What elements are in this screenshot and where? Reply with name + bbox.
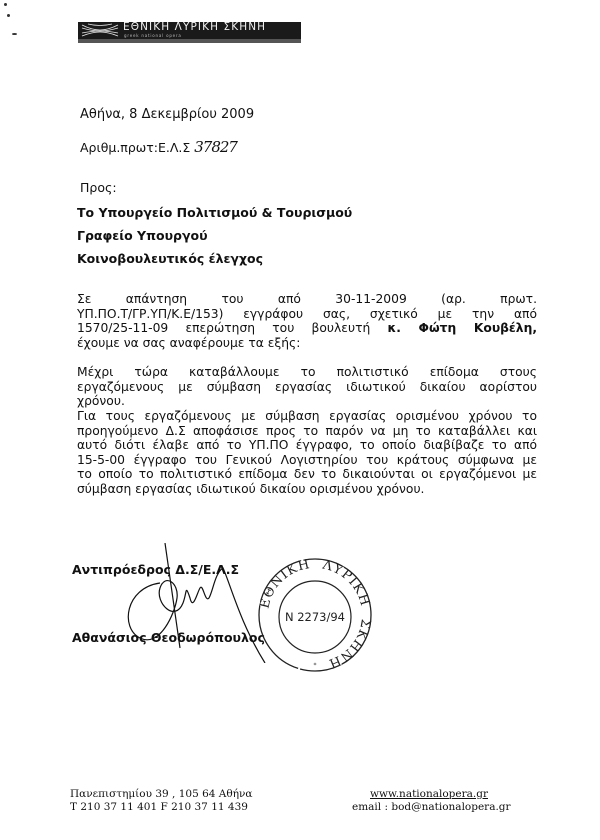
mp-name: κ. Φώτη Κουβέλη, (388, 321, 537, 335)
paragraph-line: σύμβαση εργασίας ιδιωτικού δικαίου ορισμ… (77, 482, 537, 497)
official-stamp-icon: ΕΘΝΙΚΗ ΛΥΡΙΚΗ ΣΚΗΝΗ Ν 2273/94 * (255, 555, 375, 675)
paragraph-line: ΥΠ.ΠΟ.Τ/ΓΡ.ΥΠ/Κ.Ε/153) εγγράφου σας, σχε… (77, 307, 537, 322)
paragraph-line: προηγούμενο Δ.Σ αποφάσισε προς το παρόν … (77, 424, 537, 439)
paragraph-current-payment: Μέχρι τώρα καταβάλλουμε το πολιτιστικό ε… (77, 365, 537, 409)
protocol-label: Αριθμ.πρωτ:Ε.Λ.Σ (80, 140, 190, 155)
stamp-center-number: Ν 2273/94 (285, 610, 345, 624)
paragraph-line: Σε απάντηση του από 30-11-2009 (αρ. πρωτ… (77, 292, 537, 307)
opera-emblem-icon (80, 22, 120, 39)
org-subtitle: greek national opera (124, 33, 182, 38)
recipient-office: Γραφείο Υπουργού (77, 228, 208, 243)
footer-website-link[interactable]: www.nationalopera.gr (370, 788, 488, 800)
paragraph-fixed-term: Για τους εργαζόμενους με σύμβαση εργασία… (77, 409, 537, 497)
footer-email-link[interactable]: email : bod@nationalopera.gr (352, 801, 511, 813)
paragraph-response: Σε απάντηση του από 30-11-2009 (αρ. πρωτ… (77, 292, 537, 350)
letter-date: Αθήνα, 8 Δεκεμβρίου 2009 (80, 107, 254, 122)
scan-speck (12, 33, 17, 35)
paragraph-text: 1570/25-11-09 επερώτηση του βουλευτή (77, 321, 370, 335)
to-label: Προς: (80, 180, 117, 195)
scan-speck (4, 3, 7, 6)
paragraph-line: Για τους εργαζόμενους με σύμβαση εργασία… (77, 409, 537, 424)
paragraph-line: Μέχρι τώρα καταβάλλουμε το πολιτιστικό ε… (77, 365, 537, 380)
recipient-department: Κοινοβουλευτικός έλεγχος (77, 251, 263, 266)
letterhead-underline (78, 39, 301, 43)
recipient-ministry: Το Υπουργείο Πολιτισμού & Τουρισμού (77, 205, 352, 220)
stamp-ring-left: ΕΘΝΙΚΗ (257, 557, 311, 610)
footer-address: Πανεπιστημίου 39 , 105 64 Αθήνα (70, 788, 252, 800)
paragraph-line: 15-5-00 έγγραφο του Γενικού Λογιστηρίου … (77, 453, 537, 468)
protocol-number-handwritten: 37827 (194, 138, 237, 156)
paragraph-line: χρόνου. (77, 394, 537, 409)
org-name: ΕΘΝΙΚΗ ΛΥΡΙΚΗ ΣΚΗΝΗ (123, 21, 266, 33)
paragraph-line: έχουμε να σας αναφέρουμε τα εξής: (77, 336, 537, 351)
paragraph-line: το οποίο το πολιτιστικό επίδομα δεν το δ… (77, 467, 537, 482)
protocol-line: Αριθμ.πρωτ:Ε.Λ.Σ 37827 (80, 138, 237, 156)
paragraph-line: 1570/25-11-09 επερώτηση του βουλευτή κ. … (77, 321, 537, 336)
footer-phones: Τ 210 37 11 401 F 210 37 11 439 (70, 801, 248, 813)
svg-text:*: * (314, 662, 317, 669)
paragraph-line: αυτό διότι έλαβε από το ΥΠ.ΠΟ έγγραφο, τ… (77, 438, 537, 453)
scan-speck (7, 14, 10, 17)
paragraph-line: εργαζόμενους με σύμβαση εργασίας ιδιωτικ… (77, 380, 537, 395)
